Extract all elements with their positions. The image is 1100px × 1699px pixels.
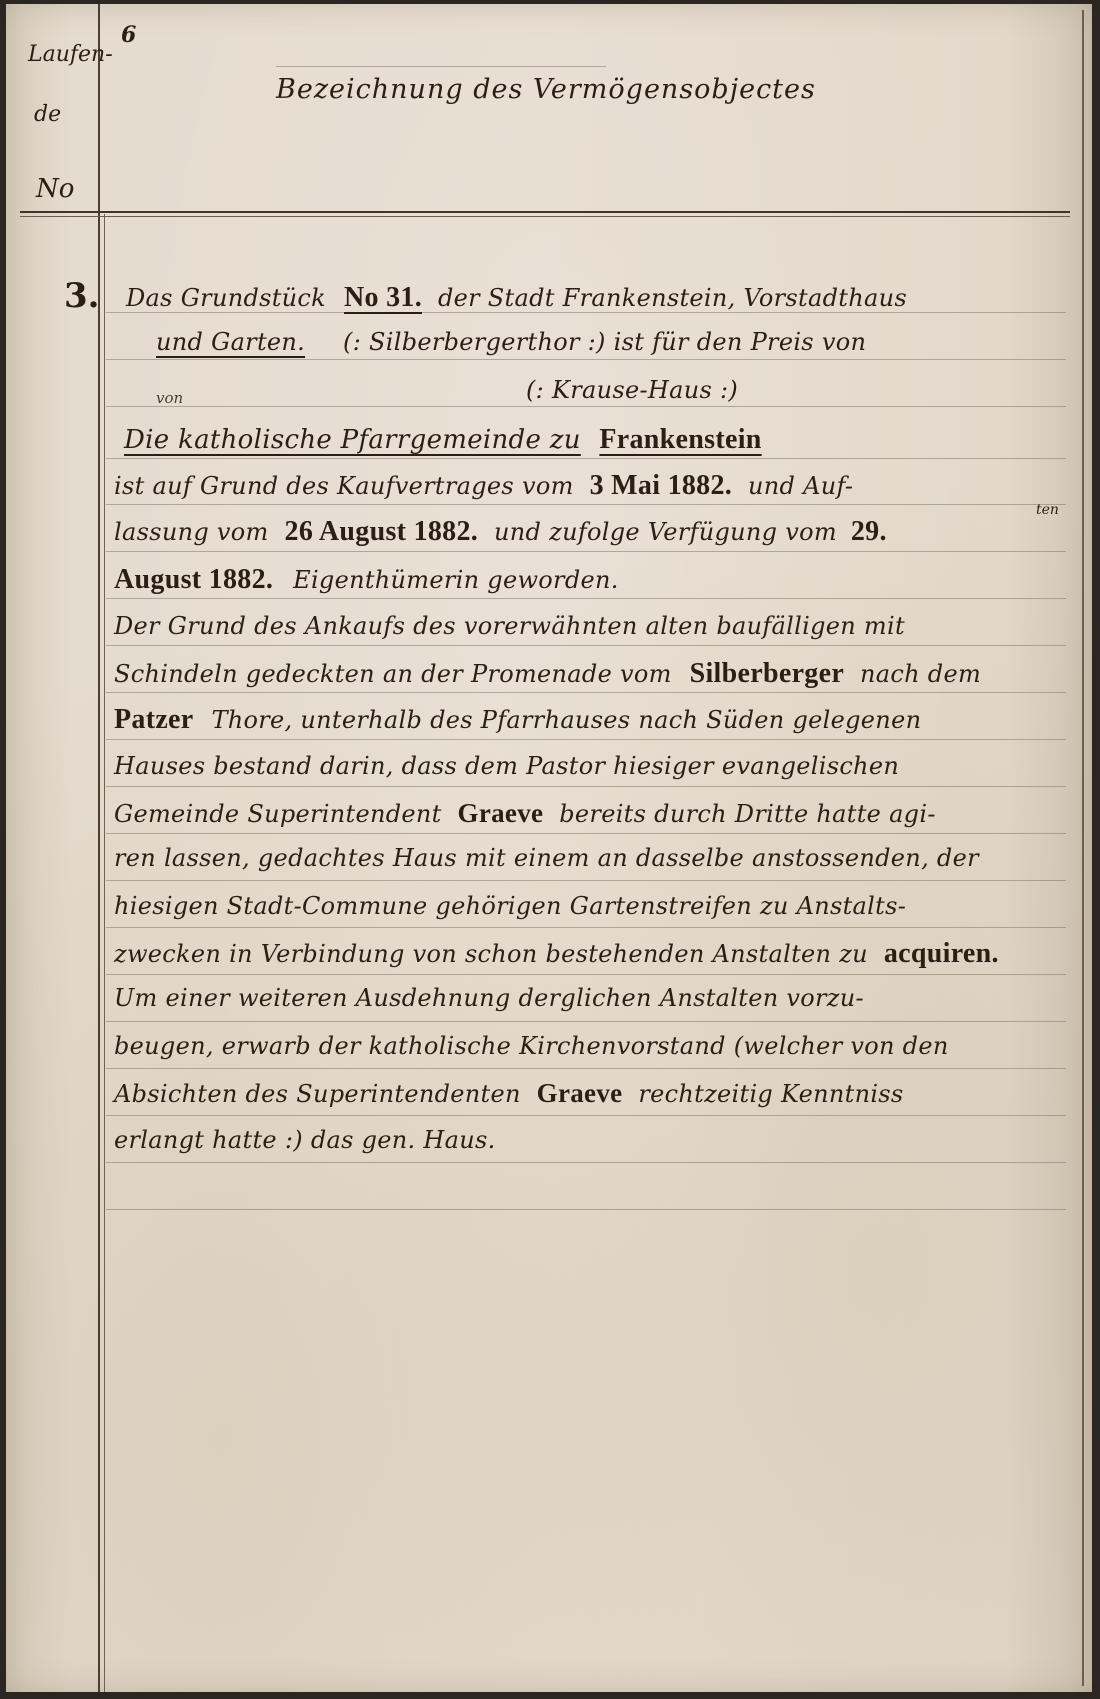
entry-text: Thore, unterhalb des Pfarrhauses nach Sü… [211,706,921,734]
entry-text: Um einer weiteren Ausdehnung derglichen … [114,984,864,1012]
entry-text: Hauses bestand darin, dass dem Pastor hi… [114,752,899,780]
ruled-line [106,1068,1066,1069]
ruled-line [106,1209,1066,1210]
ruled-line [106,458,1066,459]
entry-line: Gemeinde Superintendent Graeve bereits d… [114,798,936,829]
entry-line: Die katholische Pfarrgemeinde zu Franken… [124,424,762,456]
entry-text: und Auf- [748,472,853,500]
column-header-title: Bezeichnung des Vermögensobjectes [276,74,816,105]
entry-text: ren lassen, gedachtes Haus mit einem an … [114,844,979,872]
ruled-line [106,739,1066,740]
entry-text: und Garten. [156,328,305,356]
entry-text: lassung vom [114,518,269,546]
parcel-number: No 31. [344,282,422,313]
place-name: Frankenstein [599,424,761,455]
entry-text: Das Grundstück [126,284,326,312]
ruled-line [106,833,1066,834]
place-name: Silberberger [690,658,844,689]
entry-text: Gemeinde Superintendent [114,800,442,828]
entry-text: ist auf Grund des Kaufvertrages vom [114,472,574,500]
entry-text: Eigenthümerin geworden. [293,566,619,594]
entry-date: 29. [851,516,887,547]
entry-keyword: acquiren. [884,938,999,969]
entry-line: und Garten. (: Silberbergerthor :) ist f… [156,328,866,356]
entry-text: bereits durch Dritte hatte agi- [559,800,935,828]
ledger-page: Laufen- de No 6 Bezeichnung des Vermögen… [6,4,1092,1692]
ruled-line [106,406,1066,407]
entry-date: 26 August 1882. [285,516,479,547]
person-name: Graeve [458,798,544,828]
person-name: Graeve [537,1078,623,1108]
page-right-edge [1082,10,1084,1686]
entry-line: Absichten des Superintendenten Graeve re… [114,1078,904,1109]
entry-text: (: Krause-Haus :) [526,376,738,404]
entry-line: Schindeln gedeckten an der Promenade vom… [114,658,981,690]
entry-number: 3. [64,276,100,316]
column-label-number: No [36,174,74,204]
superscript: ten [1036,502,1059,518]
entry-line: Das Grundstück No 31. der Stadt Frankens… [126,282,907,314]
ruled-line [106,359,1066,360]
entry-text: beugen, erwarb der katholische Kirchenvo… [114,1032,949,1060]
column-label-line: de [34,102,61,127]
entry-text: hiesigen Stadt-Commune gehörigen Gartens… [114,892,906,920]
header-guide-line [276,66,606,67]
header-rule-secondary [20,216,1070,217]
entry-text: Der Grund des Ankaufs des vorerwähnten a… [114,612,905,640]
entry-line: ist auf Grund des Kaufvertrages vom 3 Ma… [114,470,853,502]
column-divider [98,4,100,1692]
entry-text: erlangt hatte :) das gen. Haus. [114,1126,496,1154]
entry-date: 3 Mai 1882. [590,470,733,501]
page-number: 6 [121,22,136,48]
ruled-line [106,1115,1066,1116]
entry-line: lassung vom 26 August 1882. und zufolge … [114,516,887,548]
column-label-line: Laufen- [28,42,113,67]
ruled-line [106,974,1066,975]
entry-text: Die katholische Pfarrgemeinde zu [124,425,581,455]
entry-text: der Stadt Frankenstein, Vorstadthaus [438,284,907,312]
entry-text: Absichten des Superintendenten [114,1080,521,1108]
ruled-line [106,927,1066,928]
ruled-line [106,504,1066,505]
entry-line: August 1882. Eigenthümerin geworden. [114,564,619,596]
ruled-line [106,645,1066,646]
entry-text: (: Silberbergerthor :) ist für den Preis… [343,328,866,356]
entry-text: und zufolge Verfügung vom [494,518,837,546]
column-divider-secondary [104,214,105,1692]
ruled-line [106,692,1066,693]
entry-text: Schindeln gedeckten an der Promenade vom [114,660,672,688]
ruled-line [106,786,1066,787]
entry-text: zwecken in Verbindung von schon bestehen… [114,940,868,968]
ruled-line [106,880,1066,881]
ruled-line [106,1162,1066,1163]
entry-text: rechtzeitig Kenntniss [638,1080,903,1108]
entry-text: nach dem [860,660,981,688]
entry-date: August 1882. [114,564,273,595]
entry-line: Patzer Thore, unterhalb des Pfarrhauses … [114,704,921,736]
ruled-line [106,598,1066,599]
entry-line: zwecken in Verbindung von schon bestehen… [114,938,999,970]
ruled-line [106,1021,1066,1022]
ruled-line [106,551,1066,552]
place-name: Patzer [114,704,194,735]
entry-insertion: von [156,389,183,407]
header-rule [20,211,1070,213]
